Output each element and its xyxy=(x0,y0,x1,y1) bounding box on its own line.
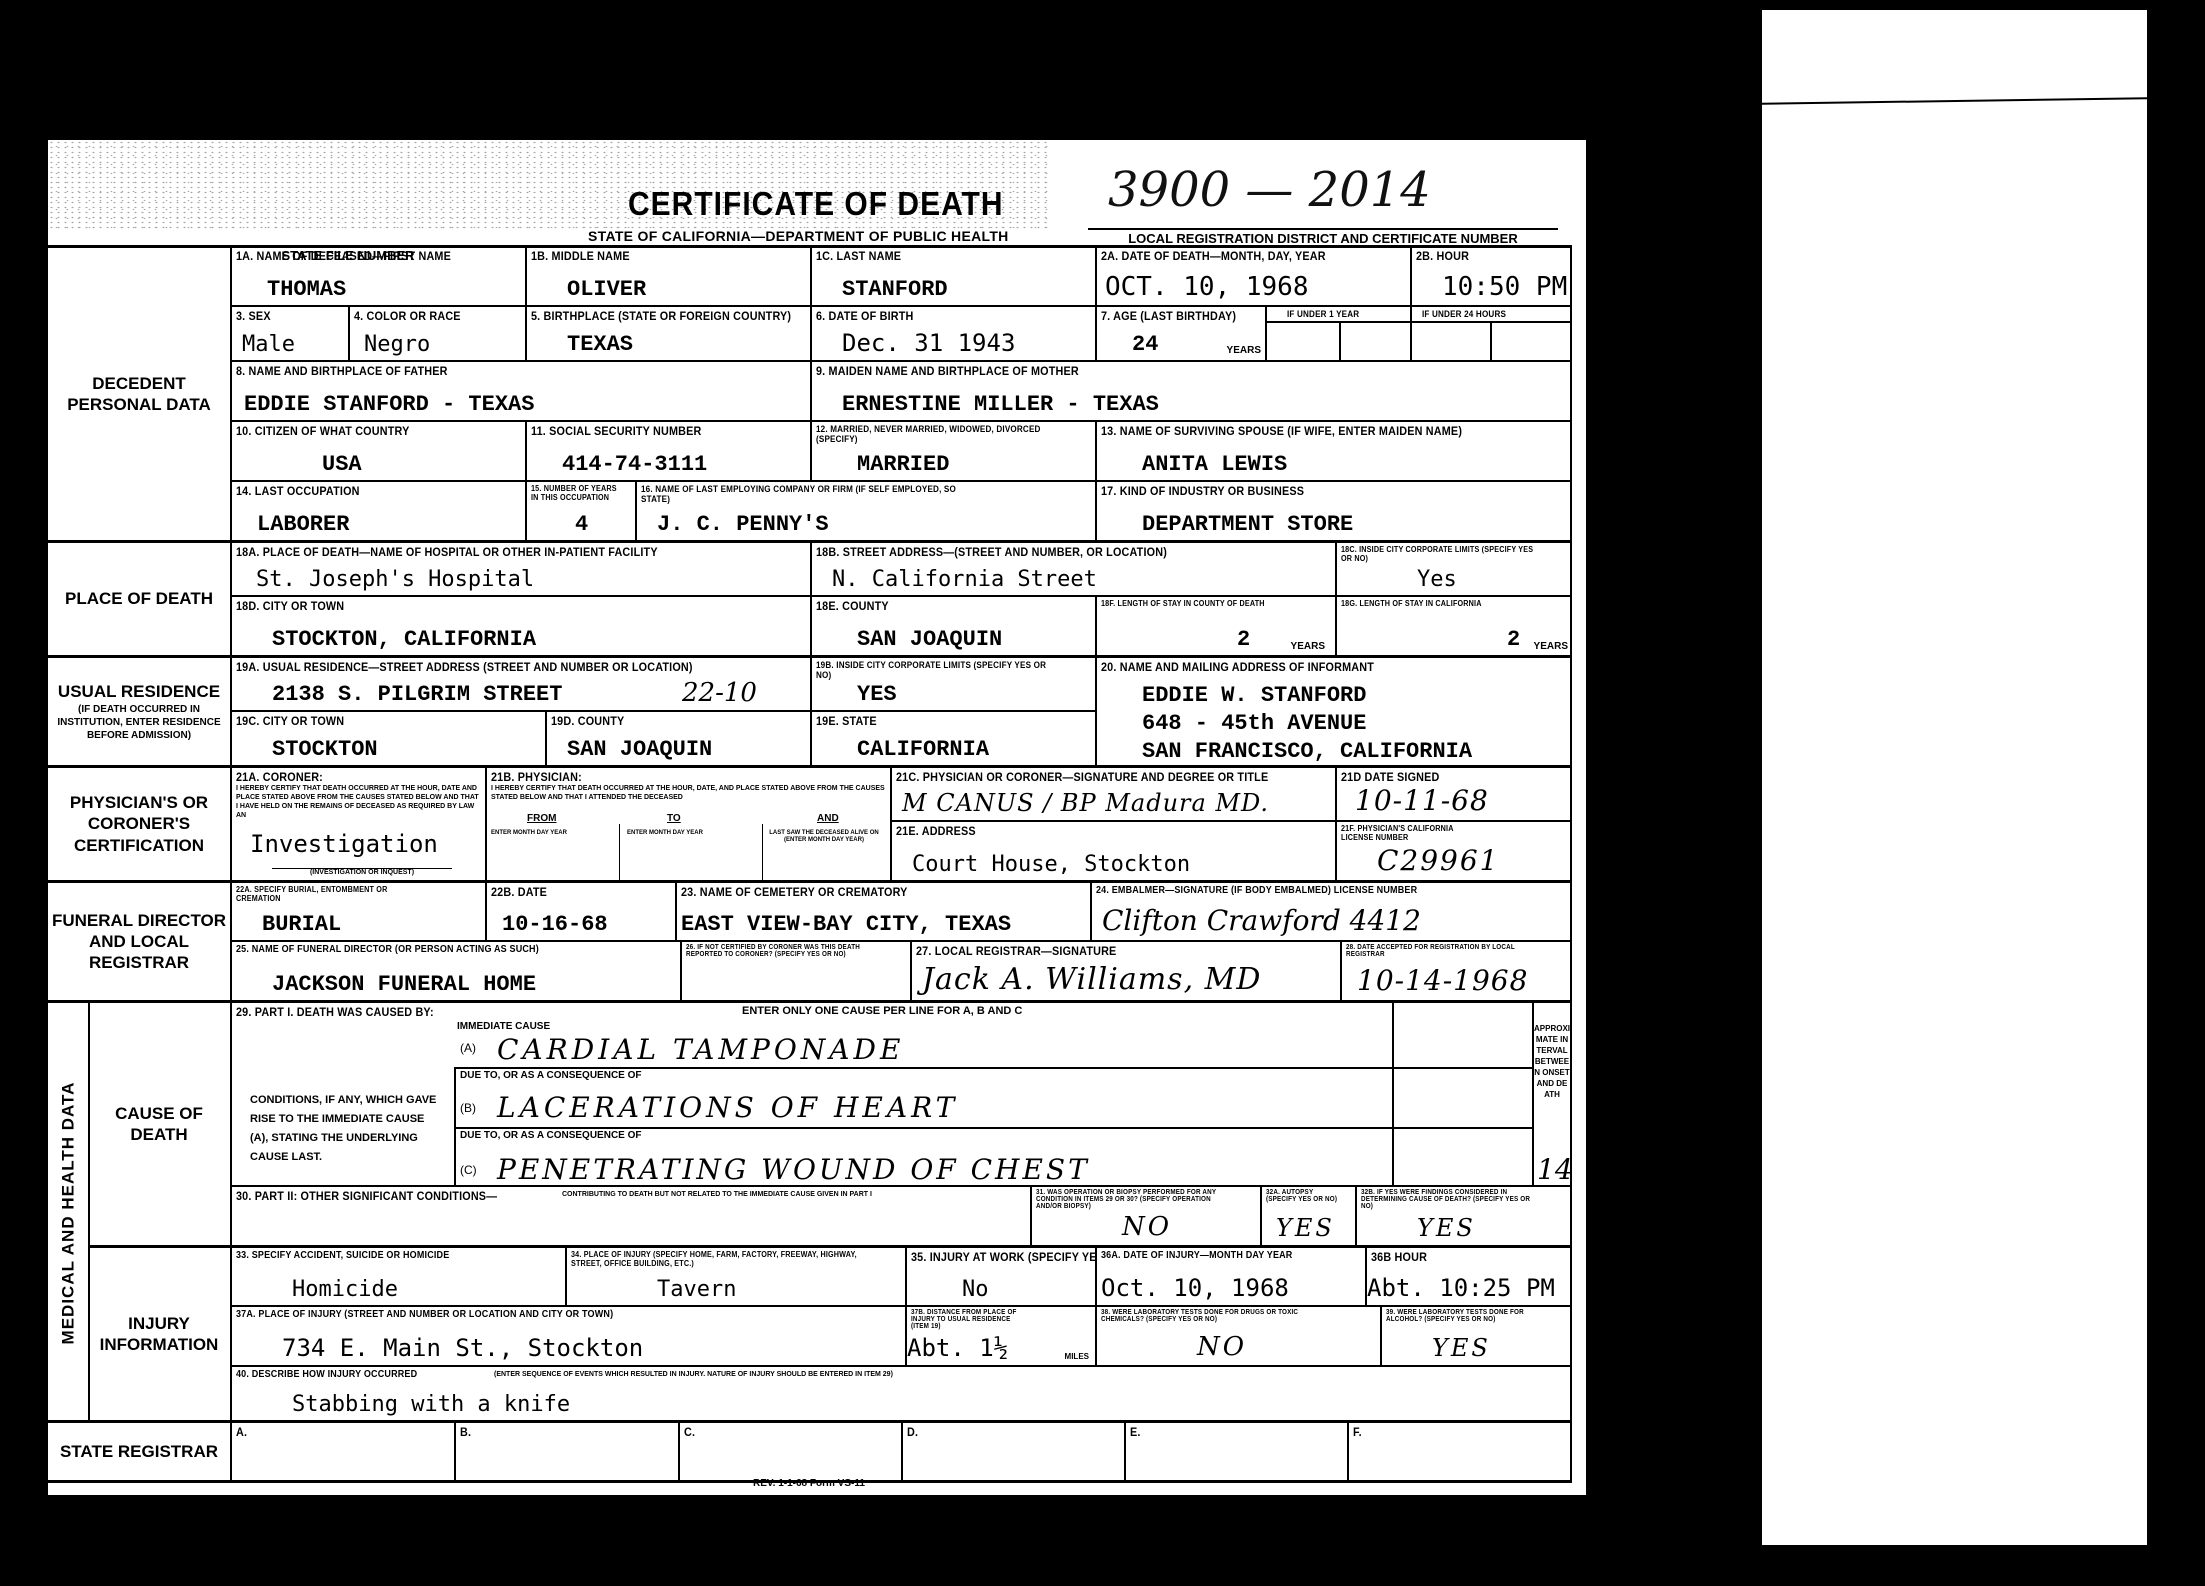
field-15-years: 15. Number of years in this occupation 4 xyxy=(525,480,635,540)
label-18e: 18e. County xyxy=(816,599,889,613)
value-18g-unit: YEARS xyxy=(1534,641,1568,652)
label-37b: 37b. Distance from place of injury to us… xyxy=(911,1309,1028,1330)
field-34-place-of-injury: 34. Place of injury (specify home, farm,… xyxy=(565,1245,905,1305)
value-3: Male xyxy=(242,332,295,357)
value-18g: 2 xyxy=(1507,627,1520,652)
field-7-age: 7. Age (last birthday) 24 YEARS xyxy=(1095,305,1265,360)
label-15: 15. Number of years in this occupation xyxy=(531,484,621,502)
field-13-spouse: 13. Name of surviving spouse (if wife, e… xyxy=(1095,420,1570,480)
cause-line-b xyxy=(454,1127,1532,1129)
label-39: 39. Were laboratory tests done for alcoh… xyxy=(1386,1309,1539,1323)
cause-a: CARDIAL TAMPONADE xyxy=(497,1033,904,1066)
document-subtitle: STATE OF CALIFORNIA—DEPARTMENT OF PUBLIC… xyxy=(588,228,1009,244)
field-28-date-accepted: 28. Date accepted for registration by lo… xyxy=(1340,940,1570,1000)
value-19c: STOCKTON xyxy=(272,737,378,762)
field-21b-physician: 21b. Physician: I hereby certify that de… xyxy=(485,765,890,880)
field-33-manner: 33. Specify accident, suicide or homicid… xyxy=(230,1245,565,1305)
box-a-label: A. xyxy=(236,1425,247,1439)
value-22b: 10-16-68 xyxy=(502,912,608,937)
field-30-other-conditions: 30. Part II: Other significant condition… xyxy=(230,1185,1030,1245)
field-20-informant: 20. Name and mailing address of informan… xyxy=(1095,655,1570,765)
value-25: JACKSON FUNERAL HOME xyxy=(272,972,536,997)
field-25-funeral-director: 25. Name of funeral director (or person … xyxy=(230,940,680,1000)
field-6-date-of-birth: 6. Date of birth Dec. 31 1943 xyxy=(810,305,1095,360)
field-32b-findings: 32b. If yes were findings considered in … xyxy=(1355,1185,1570,1245)
label-21c: 21c. Physician or coroner—signature and … xyxy=(896,770,1268,784)
field-21c-physician-signature: 21c. Physician or coroner—signature and … xyxy=(890,765,1335,820)
label-10: 10. Citizen of what country xyxy=(236,424,409,438)
value-6: Dec. 31 1943 xyxy=(842,329,1015,357)
field-39-alcohol-tests: 39. Were laboratory tests done for alcoh… xyxy=(1380,1305,1570,1365)
value-18f-unit: YEARS xyxy=(1291,641,1325,652)
field-18f-stay-county: 18f. Length of stay in county of death 2… xyxy=(1095,595,1335,655)
document-title: CERTIFICATE OF DEATH xyxy=(628,186,1004,223)
due-to-b-label: DUE TO, OR AS A CONSEQUENCE OF xyxy=(460,1070,642,1081)
label-21e: 21e. Address xyxy=(896,824,976,838)
box-c-label: C. xyxy=(684,1425,695,1439)
label-21d: 21d Date signed xyxy=(1341,770,1440,784)
physician-to-sub: ENTER MONTH DAY YEAR xyxy=(627,830,703,836)
field-38-drug-tests: 38. Were laboratory tests done for drugs… xyxy=(1095,1305,1380,1365)
label-16: 16. Name of last employing company or fi… xyxy=(641,484,983,504)
label-40-sub: (enter sequence of events which resulted… xyxy=(494,1371,893,1378)
local-registration-number: 3900 — 2014 xyxy=(1108,162,1431,218)
box-e-label: E. xyxy=(1130,1425,1141,1439)
value-18e: SAN JOAQUIN xyxy=(857,627,1002,652)
section-cause-of-death: CAUSE OF DEATH xyxy=(88,1000,230,1245)
label-38: 38. Were laboratory tests done for drugs… xyxy=(1101,1309,1308,1323)
label-18c: 18c. Inside city corporate limits (speci… xyxy=(1341,545,1539,563)
state-registrar-box-f: F. xyxy=(1347,1420,1570,1480)
value-37b: Abt. 1½ xyxy=(907,1334,1008,1362)
section-funeral: FUNERAL DIRECTOR AND LOCAL REGISTRAR xyxy=(48,880,230,1000)
label-28: 28. Date accepted for registration by lo… xyxy=(1346,944,1526,958)
value-16: J. C. PENNY'S xyxy=(657,512,829,537)
label-31: 31. Was operation or biopsy performed fo… xyxy=(1036,1189,1234,1210)
label-22b: 22b. Date xyxy=(491,885,547,899)
value-32a: YES xyxy=(1276,1214,1335,1242)
label-9: 9. Maiden name and birthplace of mother xyxy=(816,364,1079,378)
field-21d-date-signed: 21d Date signed 10-11-68 xyxy=(1335,765,1570,820)
cause-c-label: (C) xyxy=(460,1163,477,1177)
label-8: 8. Name and birthplace of father xyxy=(236,364,448,378)
label-19c: 19c. City or town xyxy=(236,714,344,728)
field-18d-city: 18d. City or town STOCKTON, CALIFORNIA xyxy=(230,595,810,655)
field-19c-city: 19c. City or town STOCKTON xyxy=(230,710,545,765)
value-21f: C29961 xyxy=(1377,844,1500,877)
page-rule-line xyxy=(1762,97,2147,104)
field-19e-state: 19e. State CALIFORNIA xyxy=(810,710,1095,765)
under1-mid-divider xyxy=(1339,321,1341,360)
label-1b: 1b. Middle name xyxy=(531,249,630,263)
label-4: 4. Color or race xyxy=(354,309,461,323)
field-21a-coroner: 21a. Coroner: I hereby certify that deat… xyxy=(230,765,485,880)
label-33: 33. Specify accident, suicide or homicid… xyxy=(236,1250,449,1261)
label-19a: 19a. Usual residence—street address (str… xyxy=(236,660,693,674)
state-registrar-box-b: B. xyxy=(454,1420,678,1480)
field-27-local-registrar: 27. Local registrar—signature Jack A. Wi… xyxy=(910,940,1340,1000)
label-1a: 1a. Name of deceased—first name xyxy=(236,249,451,263)
informant-name: EDDIE W. STANFORD xyxy=(1142,682,1472,710)
form-revision: REV. 1-1-68 Form VS-11 xyxy=(753,1478,865,1489)
label-24: 24. Embalmer—signature (if body embalmed… xyxy=(1096,885,1417,896)
blank-adjacent-page xyxy=(1762,10,2147,1545)
section-usual-residence: USUAL RESIDENCE (IF DEATH OCCURRED IN IN… xyxy=(48,655,230,765)
value-19e: CALIFORNIA xyxy=(857,737,989,762)
value-5: TEXAS xyxy=(567,332,633,357)
value-33: Homicide xyxy=(292,1277,398,1302)
field-19d-county: 19d. County SAN JOAQUIN xyxy=(545,710,810,765)
field-1c-last-name: 1c. Last name STANFORD xyxy=(810,245,1095,305)
label-18a: 18a. Place of death—name of hospital or … xyxy=(236,545,658,559)
label-18f: 18f. Length of stay in county of death xyxy=(1101,599,1265,608)
field-37b-distance: 37b. Distance from place of injury to us… xyxy=(905,1305,1095,1365)
value-18b: N. California Street xyxy=(832,567,1097,592)
value-37b-unit: MILES xyxy=(1065,1352,1089,1361)
field-22b-date: 22b. Date 10-16-68 xyxy=(485,880,675,940)
physician-to: TO xyxy=(667,813,681,824)
field-36b-hour: 36b Hour Abt. 10:25 PM xyxy=(1365,1245,1570,1305)
interval-left-divider xyxy=(1392,1003,1394,1185)
value-10: USA xyxy=(322,452,362,477)
section-usual-residence-note: (IF DEATH OCCURRED IN INSTITUTION, ENTER… xyxy=(48,703,230,742)
state-registrar-box-d: D. xyxy=(901,1420,1124,1480)
label-under-24-hours: IF UNDER 24 HOURS xyxy=(1422,309,1506,319)
value-36a: Oct. 10, 1968 xyxy=(1101,1274,1289,1302)
label-3: 3. Sex xyxy=(236,309,271,323)
field-26-coroner-report: 26. If not certified by coroner was this… xyxy=(680,940,910,1000)
label-14: 14. Last occupation xyxy=(236,484,360,498)
value-35: No xyxy=(962,1277,989,1302)
grid-right-border xyxy=(1570,245,1572,1480)
section-certification: PHYSICIAN'S OR CORONER'S CERTIFICATION xyxy=(48,765,230,880)
value-19a-note: 22-10 xyxy=(682,678,757,708)
section-place-of-death: PLACE OF DEATH xyxy=(48,540,230,655)
section-decedent: DECEDENT PERSONAL DATA xyxy=(48,245,230,540)
value-1b: OLIVER xyxy=(567,277,646,302)
label-37a: 37a. Place of injury (street and number … xyxy=(236,1309,613,1320)
label-36b: 36b Hour xyxy=(1371,1250,1427,1264)
value-13: ANITA LEWIS xyxy=(1142,452,1287,477)
value-19b: YES xyxy=(857,682,897,707)
field-2a-date-of-death: 2a. Date of death—month, day, year OCT. … xyxy=(1095,245,1410,305)
value-21c: M CANUS / BP Madura MD. xyxy=(902,789,1269,817)
coroner-statement: I hereby certify that death occurred at … xyxy=(236,784,481,820)
label-18d: 18d. City or town xyxy=(236,599,344,613)
label-32b: 32b. If yes were findings considered in … xyxy=(1361,1189,1541,1210)
box-d-label: D. xyxy=(907,1425,918,1439)
field-29-cause-of-death: 29. Part I. Death was caused by: ENTER O… xyxy=(230,1000,1570,1185)
label-22a: 22a. Specify burial, entombment or crema… xyxy=(236,885,434,903)
interval-label: APPROXIMATE INTERVAL BETWEEN ONSET AND D… xyxy=(1534,1023,1570,1100)
label-5: 5. Birthplace (state or foreign country) xyxy=(531,309,791,323)
section-injury: INJURY INFORMATION xyxy=(88,1245,230,1420)
physician-and: AND xyxy=(817,813,839,824)
label-30: 30. Part II: Other significant condition… xyxy=(236,1189,497,1203)
interval-value: 149 xyxy=(1537,1153,1570,1185)
informant-city: SAN FRANCISCO, CALIFORNIA xyxy=(1142,738,1472,765)
label-19e: 19e. State xyxy=(816,714,877,728)
value-28: 10-14-1968 xyxy=(1357,964,1528,997)
immediate-cause-label: IMMEDIATE CAUSE xyxy=(457,1021,550,1032)
cause-c: PENETRATING WOUND OF CHEST xyxy=(497,1153,1090,1185)
label-11: 11. Social security number xyxy=(531,424,702,438)
value-34: Tavern xyxy=(657,1277,736,1302)
value-7: 24 xyxy=(1132,332,1158,357)
value-1a: THOMAS xyxy=(267,277,346,302)
label-21a: 21a. Coroner: xyxy=(236,770,323,784)
value-36b: Abt. 10:25 PM xyxy=(1367,1274,1555,1302)
value-12: MARRIED xyxy=(857,452,949,477)
field-14-occupation: 14. Last occupation LABORER xyxy=(230,480,525,540)
state-registrar-box-e: E. xyxy=(1124,1420,1347,1480)
field-21f-license: 21f. Physician's California license numb… xyxy=(1335,820,1570,880)
value-21a: Investigation xyxy=(250,830,438,858)
value-27: Jack A. Williams, MD xyxy=(922,962,1261,997)
field-18b-street-address: 18b. Street address—(street and number, … xyxy=(810,540,1335,595)
field-32a-autopsy: 32a. Autopsy (specify yes or no) YES xyxy=(1260,1185,1355,1245)
field-9-mother: 9. Maiden name and birthplace of mother … xyxy=(810,360,1570,420)
field-12-marital: 12. Married, never married, widowed, div… xyxy=(810,420,1095,480)
physician-from: FROM xyxy=(527,813,556,824)
field-7-under-1-year: IF UNDER 1 YEAR xyxy=(1265,305,1410,360)
field-31-operation: 31. Was operation or biopsy performed fo… xyxy=(1030,1185,1260,1245)
field-1b-middle-name: 1b. Middle name OLIVER xyxy=(525,245,810,305)
field-18c-inside-city: 18c. Inside city corporate limits (speci… xyxy=(1335,540,1570,595)
field-4-race: 4. Color or race Negro xyxy=(348,305,525,360)
physician-divider-1 xyxy=(619,824,620,880)
field-17-industry: 17. Kind of industry or business DEPARTM… xyxy=(1095,480,1570,540)
field-2b-hour: 2b. Hour 10:50 PM xyxy=(1410,245,1570,305)
medical-vertical-text: MEDICAL AND HEALTH DATA xyxy=(58,1082,78,1345)
field-5-birthplace: 5. Birthplace (state or foreign country)… xyxy=(525,305,810,360)
section-usual-residence-title: USUAL RESIDENCE xyxy=(58,681,220,702)
field-35-injury-at-work: 35. Injury at work (specify yes or no) N… xyxy=(905,1245,1095,1305)
value-11: 414-74-3111 xyxy=(562,452,707,477)
field-24-embalmer: 24. Embalmer—signature (if body embalmed… xyxy=(1090,880,1570,940)
label-under-1-year: IF UNDER 1 YEAR xyxy=(1287,309,1359,319)
field-22a-disposition: 22a. Specify burial, entombment or crema… xyxy=(230,880,485,940)
label-18b: 18b. Street address—(street and number, … xyxy=(816,545,1167,559)
value-18f: 2 xyxy=(1237,627,1250,652)
physician-divider-2 xyxy=(762,824,763,880)
label-21f: 21f. Physician's California license numb… xyxy=(1341,824,1467,842)
field-8-father: 8. Name and birthplace of father EDDIE S… xyxy=(230,360,810,420)
physician-and-sub: LAST SAW THE DECEASED ALIVE ON (ENTER MO… xyxy=(769,830,879,844)
label-32a: 32a. Autopsy (specify yes or no) xyxy=(1266,1189,1343,1203)
field-18g-stay-california: 18g. Length of stay in California 2 YEAR… xyxy=(1335,595,1570,655)
field-19b-inside-city: 19b. Inside city corporate limits (speci… xyxy=(810,655,1095,710)
field-18e-county: 18e. County SAN JOAQUIN xyxy=(810,595,1095,655)
field-3-sex: 3. Sex Male xyxy=(230,305,348,360)
label-7: 7. Age (last birthday) xyxy=(1101,309,1236,323)
cause-a-label: (A) xyxy=(460,1041,476,1055)
label-21b: 21b. Physician: xyxy=(491,770,582,784)
label-35: 35. Injury at work (specify yes or no) xyxy=(911,1250,1095,1264)
label-19b: 19b. Inside city corporate limits (speci… xyxy=(816,660,1050,680)
value-39: YES xyxy=(1432,1334,1491,1362)
label-18g: 18g. Length of stay in California xyxy=(1341,599,1482,608)
coroner-sub: (INVESTIGATION OR INQUEST) xyxy=(272,868,452,876)
value-2b: 10:50 PM xyxy=(1442,272,1567,302)
box-b-label: B. xyxy=(460,1425,471,1439)
label-36a: 36a. Date of injury—month day year xyxy=(1101,1250,1292,1261)
label-30-sub: contributing to death but not related to… xyxy=(562,1191,872,1198)
informant-street: 648 - 45th AVENUE xyxy=(1142,710,1472,738)
value-7-unit: YEARS xyxy=(1227,345,1261,356)
local-registration-label: LOCAL REGISTRATION DISTRICT AND CERTIFIC… xyxy=(1088,228,1558,246)
label-13: 13. Name of surviving spouse (if wife, e… xyxy=(1101,424,1462,438)
cause-b-label: (B) xyxy=(460,1101,476,1115)
cause-line-a xyxy=(454,1067,1532,1069)
label-20: 20. Name and mailing address of informan… xyxy=(1101,660,1374,674)
label-23: 23. Name of cemetery or crematory xyxy=(681,885,908,899)
field-1a-first-name: 1a. Name of deceased—first name THOMAS xyxy=(230,245,525,305)
physician-from-sub: ENTER MONTH DAY YEAR xyxy=(491,830,567,836)
field-7-under-24-hours: IF UNDER 24 HOURS xyxy=(1410,305,1570,360)
value-4: Negro xyxy=(364,332,430,357)
death-certificate: CERTIFICATE OF DEATH STATE OF CALIFORNIA… xyxy=(48,140,1586,1495)
value-21e: Court House, Stockton xyxy=(912,852,1190,877)
label-27: 27. Local registrar—signature xyxy=(916,944,1116,958)
field-11-ssn: 11. Social security number 414-74-3111 xyxy=(525,420,810,480)
box-f-label: F. xyxy=(1353,1425,1362,1439)
state-registrar-box-c: C. xyxy=(678,1420,901,1480)
value-24: Clifton Crawford 4412 xyxy=(1102,904,1421,937)
due-to-c-label: DUE TO, OR AS A CONSEQUENCE OF xyxy=(460,1130,642,1141)
state-registrar-box-a: A. xyxy=(230,1420,454,1480)
label-2a: 2a. Date of death—month, day, year xyxy=(1101,249,1326,263)
label-12: 12. Married, never married, widowed, div… xyxy=(816,424,1050,444)
value-19a: 2138 S. PILGRIM STREET xyxy=(272,682,562,707)
value-37a: 734 E. Main St., Stockton xyxy=(282,1334,643,1362)
value-1c: STANFORD xyxy=(842,277,948,302)
label-26: 26. If not certified by coroner was this… xyxy=(686,944,884,958)
value-40: Stabbing with a knife xyxy=(292,1392,570,1417)
under24-mid-divider xyxy=(1490,321,1492,360)
value-31: NO xyxy=(1122,1212,1172,1242)
label-2b: 2b. Hour xyxy=(1416,249,1469,263)
section-state-registrar: STATE REGISTRAR xyxy=(48,1420,230,1480)
value-9: ERNESTINE MILLER - TEXAS xyxy=(842,392,1159,417)
value-18c: Yes xyxy=(1417,567,1457,592)
label-34: 34. Place of injury (specify home, farm,… xyxy=(571,1250,859,1268)
label-17: 17. Kind of industry or business xyxy=(1101,484,1304,498)
value-20: EDDIE W. STANFORD 648 - 45th AVENUE SAN … xyxy=(1142,682,1472,765)
value-18d: STOCKTON, CALIFORNIA xyxy=(272,627,536,652)
label-40: 40. Describe how injury occurred xyxy=(236,1369,417,1380)
label-29: 29. Part I. Death was caused by: xyxy=(236,1005,434,1019)
field-21e-address: 21e. Address Court House, Stockton xyxy=(890,820,1335,880)
value-38: NO xyxy=(1197,1332,1247,1362)
cause-b: LACERATIONS OF HEART xyxy=(497,1091,958,1124)
value-17: DEPARTMENT STORE xyxy=(1142,512,1353,537)
value-2a: OCT. 10, 1968 xyxy=(1105,272,1309,302)
field-37a-injury-location: 37a. Place of injury (street and number … xyxy=(230,1305,905,1365)
value-22a: BURIAL xyxy=(262,912,341,937)
value-15: 4 xyxy=(575,512,588,537)
label-6: 6. Date of birth xyxy=(816,309,913,323)
section-medical-vertical: MEDICAL AND HEALTH DATA xyxy=(48,1000,88,1423)
value-23: EAST VIEW-BAY CITY, TEXAS xyxy=(681,912,1011,937)
conditions-note: CONDITIONS, IF ANY, WHICH GAVE RISE TO T… xyxy=(250,1091,440,1167)
value-18a: St. Joseph's Hospital xyxy=(256,567,534,592)
value-8: EDDIE STANFORD - TEXAS xyxy=(244,392,534,417)
label-19d: 19d. County xyxy=(551,714,624,728)
physician-statement: I hereby certify that death occurred at … xyxy=(491,784,886,802)
field-19a-residence-street: 19a. Usual residence—street address (str… xyxy=(230,655,810,710)
field-23-cemetery: 23. Name of cemetery or crematory EAST V… xyxy=(675,880,1090,940)
label-25: 25. Name of funeral director (or person … xyxy=(236,944,539,955)
cause-bracket xyxy=(454,1067,456,1185)
value-19d: SAN JOAQUIN xyxy=(567,737,712,762)
field-10-citizen: 10. Citizen of what country USA xyxy=(230,420,525,480)
field-40-how-injury-occurred: 40. Describe how injury occurred (enter … xyxy=(230,1365,1570,1420)
value-14: LABORER xyxy=(257,512,349,537)
value-21d: 10-11-68 xyxy=(1355,784,1489,817)
field-16-employer: 16. Name of last employing company or fi… xyxy=(635,480,1095,540)
field-18a-place-of-death: 18a. Place of death—name of hospital or … xyxy=(230,540,810,595)
cause-instruction: ENTER ONLY ONE CAUSE PER LINE FOR A, B A… xyxy=(742,1005,1022,1017)
field-36a-date-of-injury: 36a. Date of injury—month day year Oct. … xyxy=(1095,1245,1365,1305)
value-32b: YES xyxy=(1417,1214,1476,1242)
label-1c: 1c. Last name xyxy=(816,249,901,263)
